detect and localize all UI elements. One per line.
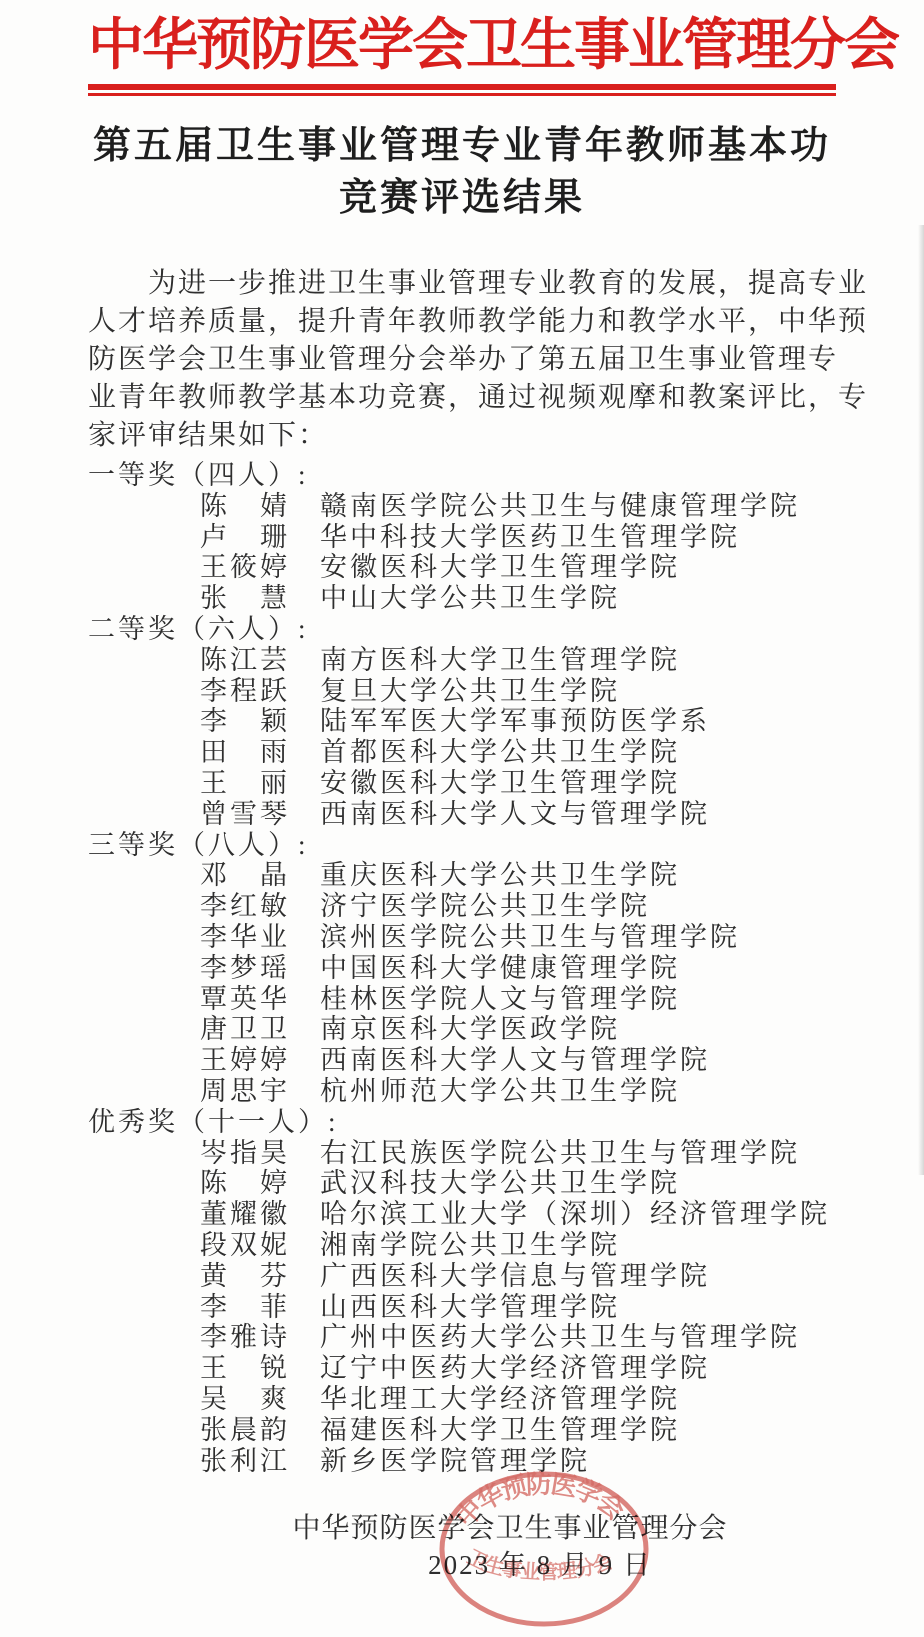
winner-row: 邓 晶重庆医科大学公共卫生学院: [88, 860, 836, 891]
winner-row: 李 菲山西医科大学管理学院: [88, 1292, 836, 1323]
document-title: 第五届卫生事业管理专业青年教师基本功 竞赛评选结果: [0, 120, 924, 224]
winner-row: 覃英华桂林医学院人文与管理学院: [88, 984, 836, 1015]
winner-row: 董耀徽哈尔滨工业大学（深圳）经济管理学院: [88, 1199, 836, 1230]
winner-row: 陈 婷武汉科技大学公共卫生学院: [88, 1168, 836, 1199]
winner-row: 张利江新乡医学院管理学院: [88, 1446, 836, 1477]
winner-school: 新乡医学院管理学院: [320, 1446, 590, 1476]
letterhead-org-name: 中华预防医学会卫生事业管理分会: [88, 0, 836, 76]
award-section-heading: 优秀奖（十一人）:: [88, 1107, 836, 1138]
winner-school: 山西医科大学管理学院: [320, 1292, 620, 1322]
winner-row: 岑指昊右江民族医学院公共卫生与管理学院: [88, 1138, 836, 1169]
winner-row: 张 慧中山大学公共卫生学院: [88, 583, 836, 614]
award-section-heading: 三等奖（八人）:: [88, 830, 836, 861]
winner-row: 王 丽安徽医科大学卫生管理学院: [88, 768, 836, 799]
winner-school: 滨州医学院公共卫生与管理学院: [320, 922, 740, 952]
intro-paragraph: 为进一步推进卫生事业管理专业教育的发展，提高专业 人才培养质量，提升青年教师教学…: [88, 265, 836, 455]
winner-school: 南方医科大学卫生管理学院: [320, 645, 680, 675]
winner-school: 西南医科大学人文与管理学院: [320, 799, 710, 829]
winner-name: 陈 婷: [200, 1168, 288, 1199]
winner-school: 济宁医学院公共卫生学院: [320, 891, 650, 921]
winner-name: 覃英华: [200, 984, 288, 1015]
winner-row: 李华业滨州医学院公共卫生与管理学院: [88, 922, 836, 953]
winner-row: 田 雨首都医科大学公共卫生学院: [88, 737, 836, 768]
award-section-heading: 二等奖（六人）:: [88, 614, 836, 645]
winner-name: 王筱婷: [200, 552, 288, 583]
winner-row: 李 颖陆军军医大学军事预防医学系: [88, 706, 836, 737]
winner-name: 唐卫卫: [200, 1014, 288, 1045]
winner-school: 福建医科大学卫生管理学院: [320, 1415, 680, 1445]
document-title-line1: 第五届卫生事业管理专业青年教师基本功: [0, 120, 924, 172]
winner-name: 李程跃: [200, 676, 288, 707]
winner-name: 陈 婧: [200, 491, 288, 522]
winner-name: 王婷婷: [200, 1045, 288, 1076]
winner-school: 西南医科大学人文与管理学院: [320, 1045, 710, 1075]
seal-border: [442, 1474, 646, 1624]
signature-date: 2023 年 8 月 9 日: [78, 1550, 924, 1580]
winner-name: 田 雨: [200, 737, 288, 768]
document-title-line2: 竞赛评选结果: [0, 172, 924, 224]
winner-name: 张 慧: [200, 583, 288, 614]
winner-name: 邓 晶: [200, 860, 288, 891]
winner-school: 杭州师范大学公共卫生学院: [320, 1076, 680, 1106]
winner-name: 曾雪琴: [200, 799, 288, 830]
winner-school: 赣南医学院公共卫生与健康管理学院: [320, 491, 800, 521]
winner-name: 陈江芸: [200, 645, 288, 676]
winner-name: 李华业: [200, 922, 288, 953]
winner-row: 王 锐辽宁中医药大学经济管理学院: [88, 1353, 836, 1384]
winner-row: 李程跃复旦大学公共卫生学院: [88, 676, 836, 707]
winner-row: 黄 芬广西医科大学信息与管理学院: [88, 1261, 836, 1292]
winner-name: 李 菲: [200, 1292, 288, 1323]
winner-school: 南京医科大学医政学院: [320, 1014, 620, 1044]
winner-school: 华中科技大学医药卫生管理学院: [320, 522, 740, 552]
winner-name: 岑指昊: [200, 1138, 288, 1169]
winner-school: 哈尔滨工业大学（深圳）经济管理学院: [320, 1199, 830, 1229]
intro-line: 防医学会卫生事业管理分会举办了第五届卫生事业管理专: [88, 341, 836, 379]
winner-name: 段双妮: [200, 1230, 288, 1261]
intro-line: 人才培养质量，提升青年教师教学能力和教学水平，中华预: [88, 303, 836, 341]
winner-school: 华北理工大学经济管理学院: [320, 1384, 680, 1414]
winner-school: 武汉科技大学公共卫生学院: [320, 1168, 680, 1198]
winner-name: 吴 爽: [200, 1384, 288, 1415]
winner-name: 李梦瑶: [200, 953, 288, 984]
winner-school: 复旦大学公共卫生学院: [320, 676, 620, 706]
winner-school: 右江民族医学院公共卫生与管理学院: [320, 1138, 800, 1168]
signature-org-name: 中华预防医学会卫生事业管理分会: [48, 1512, 924, 1546]
scan-edge-artifact: [918, 225, 924, 1175]
winner-name: 卢 珊: [200, 522, 288, 553]
winner-row: 段双妮湘南学院公共卫生学院: [88, 1230, 836, 1261]
winner-row: 张晨韵福建医科大学卫生管理学院: [88, 1415, 836, 1446]
winner-school: 辽宁中医药大学经济管理学院: [320, 1353, 710, 1383]
winner-name: 王 锐: [200, 1353, 288, 1384]
winner-row: 李雅诗广州中医药大学公共卫生与管理学院: [88, 1322, 836, 1353]
winner-name: 李雅诗: [200, 1322, 288, 1353]
winner-row: 卢 珊华中科技大学医药卫生管理学院: [88, 522, 836, 553]
winner-school: 陆军军医大学军事预防医学系: [320, 706, 710, 736]
winner-name: 黄 芬: [200, 1261, 288, 1292]
winner-school: 中国医科大学健康管理学院: [320, 953, 680, 983]
winner-name: 张利江: [200, 1446, 288, 1477]
awards-list: 一等奖（四人）:陈 婧赣南医学院公共卫生与健康管理学院卢 珊华中科技大学医药卫生…: [88, 460, 836, 1476]
winner-school: 首都医科大学公共卫生学院: [320, 737, 680, 767]
winner-row: 吴 爽华北理工大学经济管理学院: [88, 1384, 836, 1415]
intro-line: 为进一步推进卫生事业管理专业教育的发展，提高专业: [88, 265, 836, 303]
winner-row: 李梦瑶中国医科大学健康管理学院: [88, 953, 836, 984]
winner-row: 王婷婷西南医科大学人文与管理学院: [88, 1045, 836, 1076]
winner-school: 安徽医科大学卫生管理学院: [320, 552, 680, 582]
winner-name: 董耀徽: [200, 1199, 288, 1230]
winner-school: 中山大学公共卫生学院: [320, 583, 620, 613]
winner-row: 唐卫卫南京医科大学医政学院: [88, 1014, 836, 1045]
award-section-heading: 一等奖（四人）:: [88, 460, 836, 491]
winner-school: 广西医科大学信息与管理学院: [320, 1261, 710, 1291]
winner-row: 周思宇杭州师范大学公共卫生学院: [88, 1076, 836, 1107]
letterhead-rule-thick: [88, 84, 836, 90]
winner-school: 广州中医药大学公共卫生与管理学院: [320, 1322, 800, 1352]
letterhead-rule-thin: [88, 93, 836, 96]
winner-school: 安徽医科大学卫生管理学院: [320, 768, 680, 798]
winner-row: 曾雪琴西南医科大学人文与管理学院: [88, 799, 836, 830]
intro-line: 业青年教师教学基本功竞赛，通过视频观摩和教案评比，专: [88, 379, 836, 417]
winner-school: 重庆医科大学公共卫生学院: [320, 860, 680, 890]
winner-row: 王筱婷安徽医科大学卫生管理学院: [88, 552, 836, 583]
winner-name: 李 颖: [200, 706, 288, 737]
winner-name: 周思宇: [200, 1076, 288, 1107]
winner-row: 李红敏济宁医学院公共卫生学院: [88, 891, 836, 922]
winner-school: 湘南学院公共卫生学院: [320, 1230, 620, 1260]
winner-name: 王 丽: [200, 768, 288, 799]
winner-row: 陈江芸南方医科大学卫生管理学院: [88, 645, 836, 676]
winner-school: 桂林医学院人文与管理学院: [320, 984, 680, 1014]
document-page: 中华预防医学会卫生事业管理分会 第五届卫生事业管理专业青年教师基本功 竞赛评选结…: [0, 0, 924, 1637]
winner-name: 李红敏: [200, 891, 288, 922]
winner-name: 张晨韵: [200, 1415, 288, 1446]
winner-row: 陈 婧赣南医学院公共卫生与健康管理学院: [88, 491, 836, 522]
intro-line: 家评审结果如下：: [88, 417, 836, 455]
